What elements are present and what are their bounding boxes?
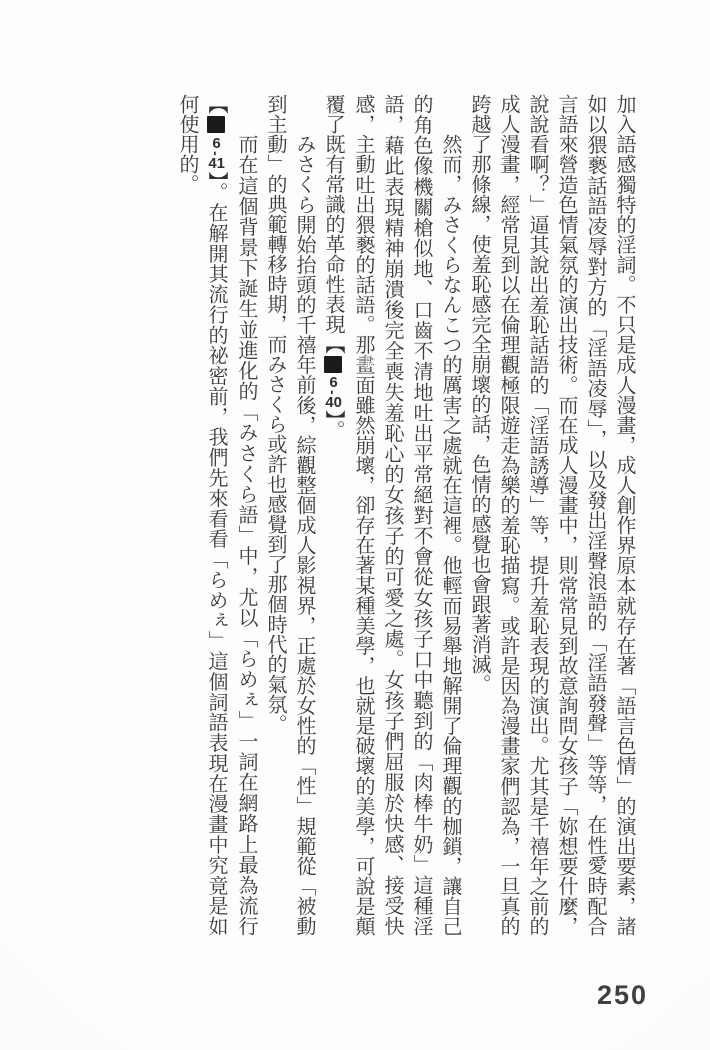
figure-volume: 6 [208,135,225,151]
paragraph-4-text: 而在這個背景下誕生並進化的「みさくら語」中，尤以「らめぇ」一詞在網路上最為流行 [235,134,257,936]
figure-reference-6-40: 【圖6-40】 [322,334,344,420]
bracket-open: 【 [205,94,227,114]
paragraph-4-text-end: 。在解開其流行的祕密前，我們先來看看「らめぇ」這個詞語表現在漫畫中究竟是如何使用… [176,94,227,936]
paragraph-2-text: 然而，みさくらなんこつ的厲害之處就在這裡。他輕而易舉地解開了倫理觀的枷鎖，讓自己… [322,94,461,936]
paragraph-2: 然而，みさくらなんこつ的厲害之處就在這裡。他輕而易舉地解開了倫理觀的枷鎖，讓自己… [318,94,464,936]
paragraph-1: 加入語感獨特的淫詞。不只是成人漫畫，成人創作界原本就存在著「語言色情」的演出要素… [464,94,638,936]
bracket-close: 】 [322,410,344,420]
figure-reference-6-41: 【圖6-41】 [205,94,227,182]
paragraph-2-text-end: 。 [322,420,344,440]
paragraph-3: みさくら開始抬頭的千禧年前後，綜觀整個成人影視界，正處於女性的「性」規範從「被動… [260,94,318,936]
figure-icon: 圖 [324,356,342,373]
figure-number: 40 [325,395,342,410]
bracket-open: 【 [322,334,344,354]
figure-number: 41 [208,156,225,172]
page-number: 250 [597,980,648,1011]
vertical-text-block: 加入語感獨特的淫詞。不只是成人漫畫，成人創作界原本就存在著「語言色情」的演出要素… [172,94,638,936]
bracket-close: 】 [205,172,227,182]
book-page: 加入語感獨特的淫詞。不只是成人漫畫，成人創作界原本就存在著「語言色情」的演出要素… [0,0,710,1050]
paragraph-4: 而在這個背景下誕生並進化的「みさくら語」中，尤以「らめぇ」一詞在網路上最為流行【… [172,94,260,936]
figure-icon: 圖 [207,116,225,133]
figure-volume: 6 [325,375,342,390]
